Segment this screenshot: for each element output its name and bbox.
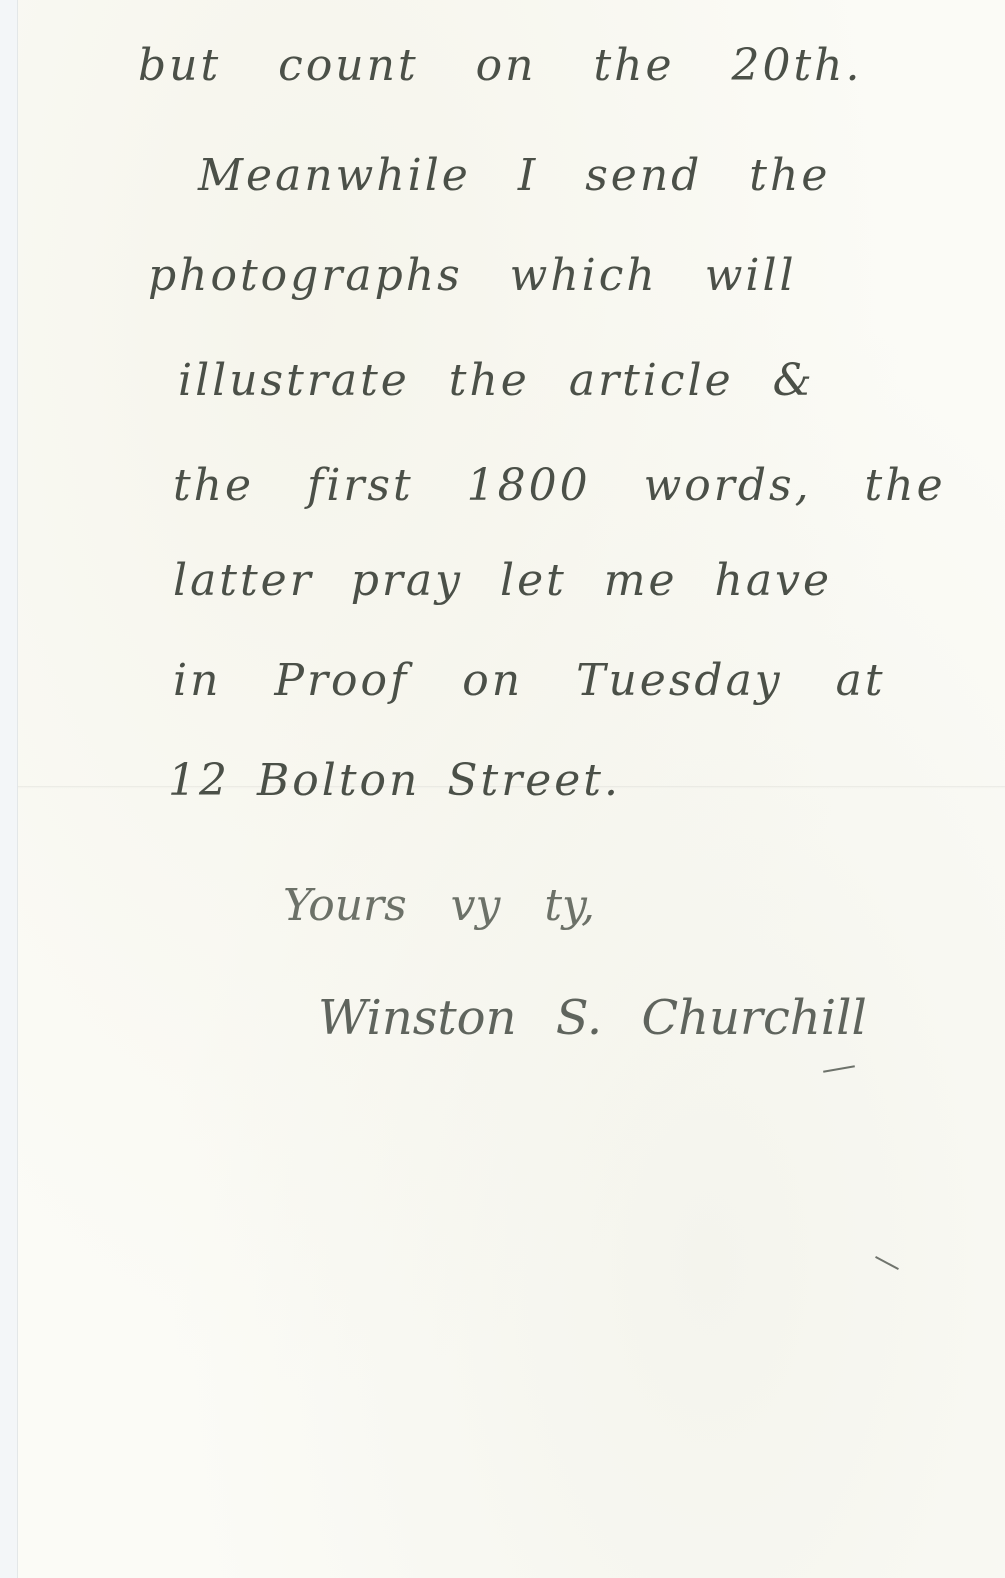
scanned-letter-page: but count on the 20th. Meanwhile I send … (0, 0, 1005, 1578)
letter-line-2: Meanwhile I send the (198, 150, 830, 201)
signature-underline-mark (823, 1065, 855, 1073)
letter-line-8-address: 12 Bolton Street. (168, 755, 621, 806)
letter-line-1: but count on the 20th. (138, 40, 863, 91)
letter-closing: Yours vy ty, (283, 880, 595, 931)
letter-line-6: latter pray let me have (173, 555, 832, 606)
letter-line-3: photographs which will (148, 250, 797, 301)
letter-line-7: in Proof on Tuesday at (173, 655, 886, 706)
letter-signature: Winston S. Churchill (318, 990, 867, 1046)
letter-line-4: illustrate the article & (178, 355, 815, 406)
stray-ink-mark (875, 1256, 899, 1270)
letter-paper: but count on the 20th. Meanwhile I send … (18, 0, 1005, 1578)
letter-line-5: the first 1800 words, the (173, 460, 946, 511)
